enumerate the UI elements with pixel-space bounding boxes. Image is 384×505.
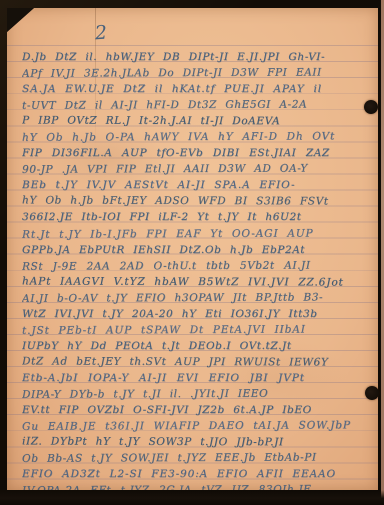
handwritten-line: hY Ob h.Jb O-PA hAWY IVA hY AFI-D Dh OVt: [22, 128, 374, 146]
handwritten-line: Ob Bb-AS t.JY SOW.JEI t.JYZ EEE.Jb EtbAb…: [22, 449, 374, 467]
handwritten-line: hAPt IAAGVI V.tYZ hbAW B5WtZ IVI.JVI ZZ.…: [22, 273, 374, 290]
page-number: 2: [94, 22, 108, 45]
handwritten-line: APf IV.JI 3E.2h.JLAb Do DIPt-JI D3W FPI …: [22, 64, 374, 82]
handwriting: D.Jb DtZ il. hbW.JEY DB DIPt-JI E.JI.JPI…: [22, 49, 374, 498]
hole-punch-dot-top: [364, 100, 378, 114]
handwritten-line: WtZ IVI.JVI t.JY 20A-20 hY Eti IO36I.JY …: [22, 306, 374, 322]
handwritten-line: P IBP OVtZ RL.J It-2h.J.AI tI-JI DoAEVA: [22, 113, 374, 130]
paper: 2 D.Jb DtZ il. hbW.JEY DB DIPt-JI E.JI.J…: [7, 8, 378, 490]
handwritten-line: RSt J-9E 2AA 2AD O-thU.t tbtb 5Vb2t AI.J…: [22, 257, 374, 275]
handwritten-line: AI.JI b-O-AV t.JY EFIO h3OPAW JIt BP.Jtt…: [22, 289, 374, 307]
handwritten-line: FIP DI36FIL.A AUP tfO-EVb DIBI ESt.JIAI …: [22, 145, 374, 161]
handwritten-line: BEb t.JY IV.JV AEStVt AI-JI SPA.A EFIO-: [22, 177, 374, 193]
handwritten-line: GPPb.JA EbPUtR IEhSII DtZ.Ob h.Jb EbP2At: [22, 242, 374, 258]
handwritten-line: 90-JP .JA VPI FIP Etl.JI AAII D3W AD OA-…: [22, 161, 374, 179]
hole-punch-dot-bottom: [365, 386, 379, 400]
handwritten-line: t.JSt PEb-tI AUP tSPAW Dt PEtA.JVI IIbAI: [22, 321, 374, 339]
handwritten-line: iIZ. DYbPt hY t.JY SOW3P t.JJO JJb-bP.JI: [22, 434, 374, 451]
handwritten-line: DIPA-Y DYb-b t.JY t.JI il. .JYIt.JI IEEO: [22, 385, 374, 403]
handwritten-line: SA.JA EW.U.JE DtZ il hKAt.tf PUE.JI APAY…: [22, 81, 374, 97]
handwritten-line: D.Jb DtZ il. hbW.JEY DB DIPt-JI E.JI.JPI…: [22, 49, 374, 65]
handwritten-line: 366I2.JE Itb-IOI FPI iLF-2 Yt t.JY It h6…: [22, 209, 374, 225]
handwritten-line: Gu EAIB.JE t36I.JI WIAFIP DAEO tAI.JA SO…: [22, 417, 374, 435]
handwritten-line: Rt.Jt t.JY Ib-I.JFb FPI EAF Yt OO-AGI AU…: [22, 225, 374, 243]
handwritten-line: EFIO AD3Zt L2-SI FE3-90:A EFIO AFII EEAA…: [22, 466, 374, 482]
handwritten-line: IUPbY hY Dd PEOtA t.Jt DEOb.I OVt.tZ.Jt: [22, 338, 374, 354]
handwritten-line: hY Ob h.Jb bFt.JEY ADSO WFD BI S3IB6 FSV…: [22, 193, 374, 210]
handwritten-line: DtZ Ad bEt.JEY th.SVt AUP JPI RWUISt IEW…: [22, 353, 374, 370]
handwritten-line: Etb-A.JbI IOPA-Y AI-JI EVI EFIO JBI JVPt: [22, 370, 374, 386]
handwritten-line: t-UVT DtZ il AI-JI hFI-D Dt3Z GhE5GI A-2…: [22, 96, 374, 114]
scan-bottom-edge: [0, 490, 384, 505]
handwritten-line: EV.tt FIP OVZbI O-SFI-JVI JZ2b 6t.A.JP I…: [22, 402, 374, 418]
